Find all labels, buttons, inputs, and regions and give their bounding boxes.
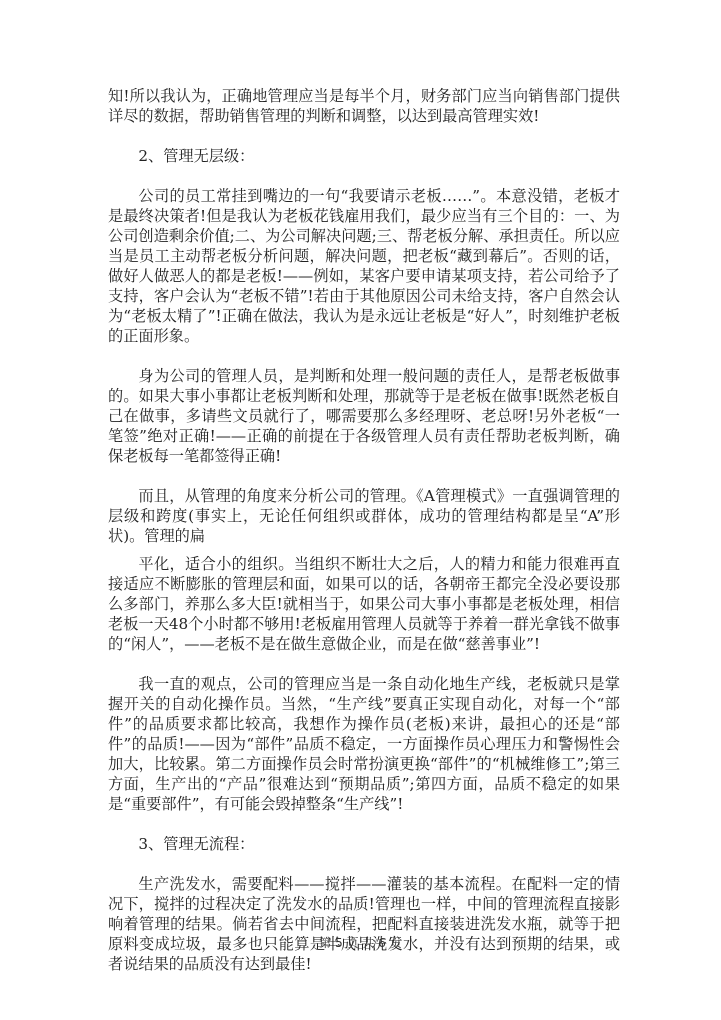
section-heading-2: 2、管理无层级： xyxy=(108,146,620,166)
footer-prefix: 第 xyxy=(319,936,331,950)
paragraph: 公司的员工常挂到嘴边的一句“我要请示老板……”。本意没错，老板才是最终决策者!但… xyxy=(108,186,620,346)
total-page-count: 6 xyxy=(378,936,386,950)
page-footer: 第 5 页 共 6 页 xyxy=(0,934,721,951)
current-page-number: 5 xyxy=(335,936,343,950)
footer-suffix: 页 xyxy=(390,936,402,950)
paragraph: 平化，适合小的组织。当组织不断壮大之后，人的精力和能力很难再直接适应不断膨胀的管… xyxy=(108,554,620,654)
section-heading-3: 3、管理无流程： xyxy=(108,834,620,854)
document-page: 知!所以我认为，正确地管理应当是每半个月，财务部门应当向销售部门提供详尽的数据，… xyxy=(108,86,620,994)
footer-middle: 页 共 xyxy=(347,936,375,950)
paragraph: 身为公司的管理人员，是判断和处理一般问题的责任人，是帮老板做事的。如果大事小事都… xyxy=(108,366,620,466)
paragraph-continuation: 知!所以我认为，正确地管理应当是每半个月，财务部门应当向销售部门提供详尽的数据，… xyxy=(108,86,620,126)
paragraph: 而且，从管理的角度来分析公司的管理。《A管理模式》一直强调管理的层级和跨度(事实… xyxy=(108,486,620,546)
paragraph: 我一直的观点，公司的管理应当是一条自动化地生产线，老板就只是掌握开关的自动化操作… xyxy=(108,674,620,814)
paragraph: 生产洗发水，需要配料——搅拌——灌装的基本流程。在配料一定的情况下，搅拌的过程决… xyxy=(108,874,620,974)
